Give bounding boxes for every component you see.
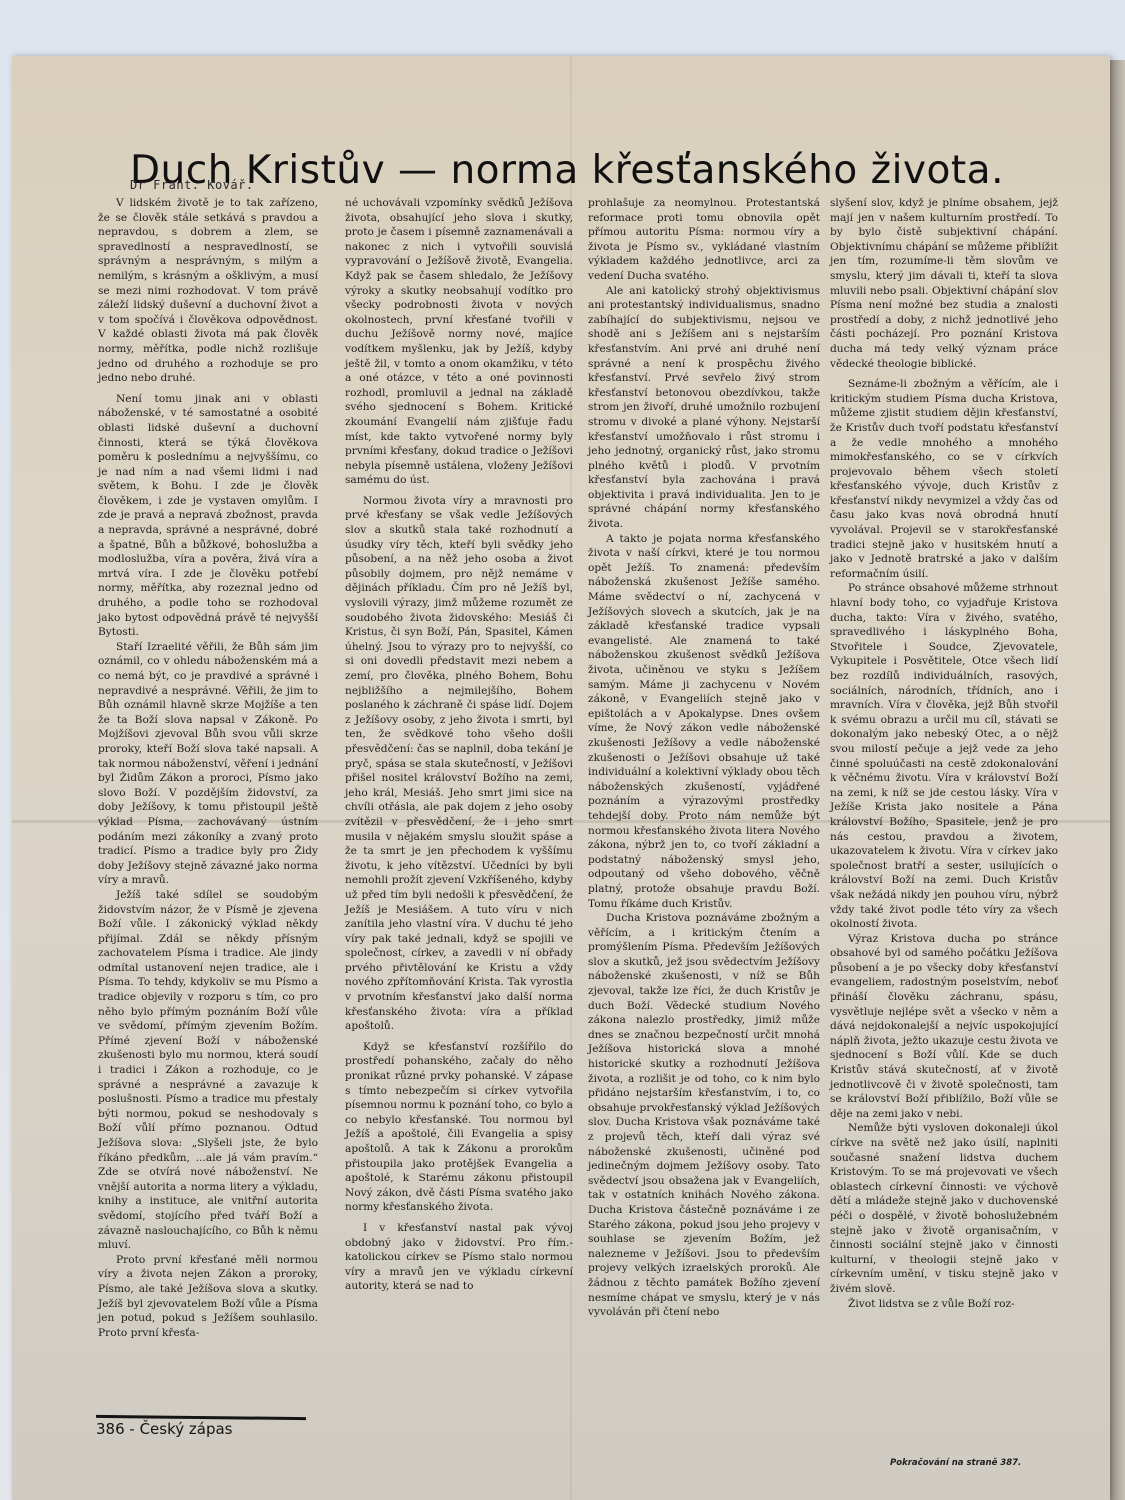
- paragraph: Staří Izraelité věřili, že Bůh sám jim o…: [98, 640, 318, 888]
- article-column-2: né uchovávali vzpomínky svědků Ježíšova …: [345, 196, 573, 1294]
- article-column-3: prohlašuje za neomylnou. Protestantská r…: [588, 196, 820, 1320]
- paragraph: Seznáme-li zbožným a věřícím, ale i krit…: [830, 377, 1058, 581]
- paragraph: V lidském životě je to tak zařízeno, že …: [98, 196, 318, 386]
- paragraph: slyšení slov, když je plníme obsahem, je…: [830, 196, 1058, 371]
- paragraph: né uchovávali vzpomínky svědků Ježíšova …: [345, 196, 573, 488]
- paragraph: I v křesťanství nastal pak vývoj obdobný…: [345, 1221, 573, 1294]
- paragraph: Život lidstva se z vůle Boží roz-: [830, 1297, 1058, 1312]
- paragraph: Není tomu jinak ani v oblasti náboženské…: [98, 392, 318, 640]
- continued-note: Pokračování na straně 387.: [890, 1458, 1021, 1468]
- paragraph: Výraz Kristova ducha po stránce obsahové…: [830, 932, 1058, 1122]
- article-column-4: slyšení slov, když je plníme obsahem, je…: [830, 196, 1058, 1311]
- paragraph: Proto první křesťané měli normou víry a …: [98, 1253, 318, 1341]
- article-author: Dr Frant. Kovář.: [130, 178, 254, 192]
- paragraph: Po stránce obsahové můžeme strhnout hlav…: [830, 581, 1058, 931]
- paragraph: Když se křesťanství rozšířilo do prostře…: [345, 1040, 573, 1215]
- paragraph: Normou života víry a mravnosti pro prvé …: [345, 494, 573, 1034]
- paragraph: prohlašuje za neomylnou. Protestantská r…: [588, 196, 820, 284]
- paragraph: Ježíš také sdílel se soudobým židovstvím…: [98, 888, 318, 1253]
- article-title: Duch Kristův — norma křesťanského života…: [130, 148, 1070, 193]
- article-column-1: V lidském životě je to tak zařízeno, že …: [98, 196, 318, 1340]
- paragraph: Nemůže býti vysloven dokonaleji úkol cír…: [830, 1121, 1058, 1296]
- paragraph: Ale ani katolický strohý objektivismus a…: [588, 284, 820, 532]
- page-number-footer: 386 - Český zápas: [96, 1420, 233, 1438]
- paragraph: Ducha Kristova poznáváme zbožným a věříc…: [588, 911, 820, 1320]
- paragraph: A takto je pojata norma křesťanského živ…: [588, 532, 820, 911]
